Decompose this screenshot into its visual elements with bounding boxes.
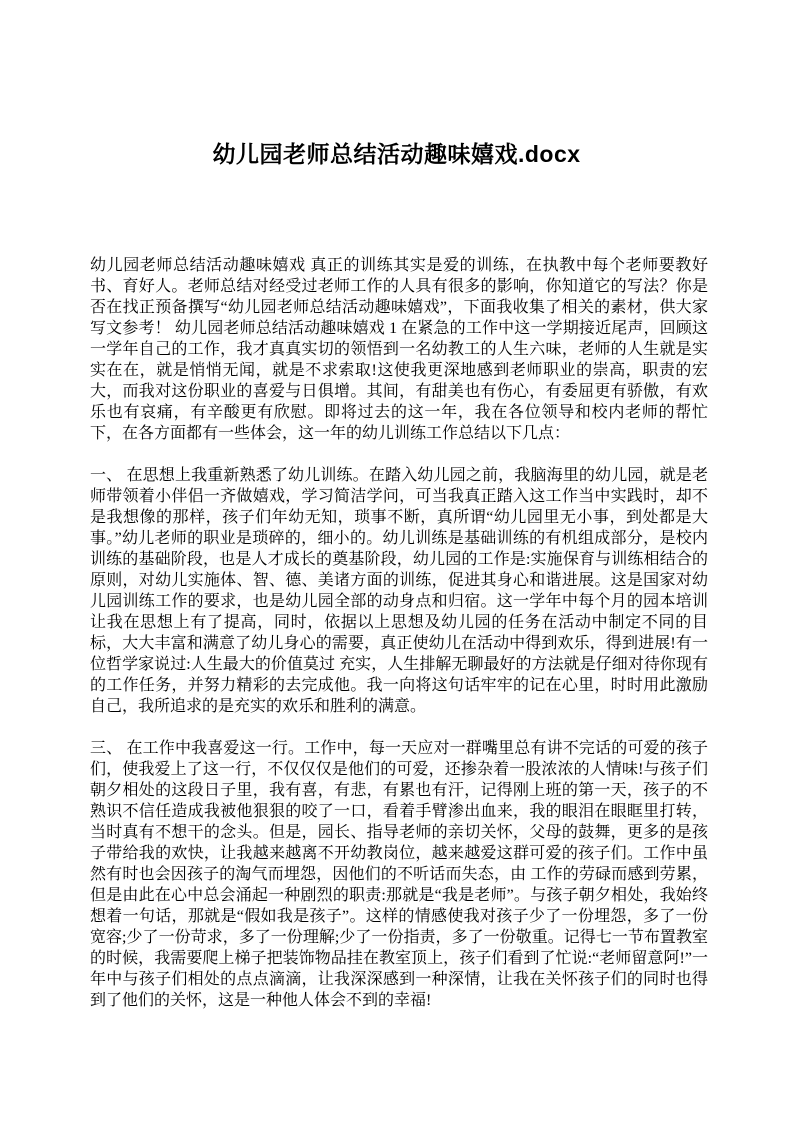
- paragraph-point-three: 三、 在工作中我喜爱这一行。工作中，每一天应对一群嘴里总有讲不完话的可爱的孩子们…: [90, 738, 708, 1011]
- document-title: 幼儿园老师总结活动趣味嬉戏.docx: [0, 136, 793, 169]
- paragraph-point-one: 一、 在思想上我重新熟悉了幼儿训练。在踏入幼儿园之前，我脑海里的幼儿园，就是老师…: [90, 465, 708, 717]
- paragraph-intro: 幼儿园老师总结活动趣味嬉戏 真正的训练其实是爱的训练，在执教中每个老师要教好书、…: [90, 255, 708, 444]
- document-page: 幼儿园老师总结活动趣味嬉戏.docx 幼儿园老师总结活动趣味嬉戏 真正的训练其实…: [0, 0, 793, 1122]
- document-body: 幼儿园老师总结活动趣味嬉戏 真正的训练其实是爱的训练，在执教中每个老师要教好书、…: [90, 255, 708, 1011]
